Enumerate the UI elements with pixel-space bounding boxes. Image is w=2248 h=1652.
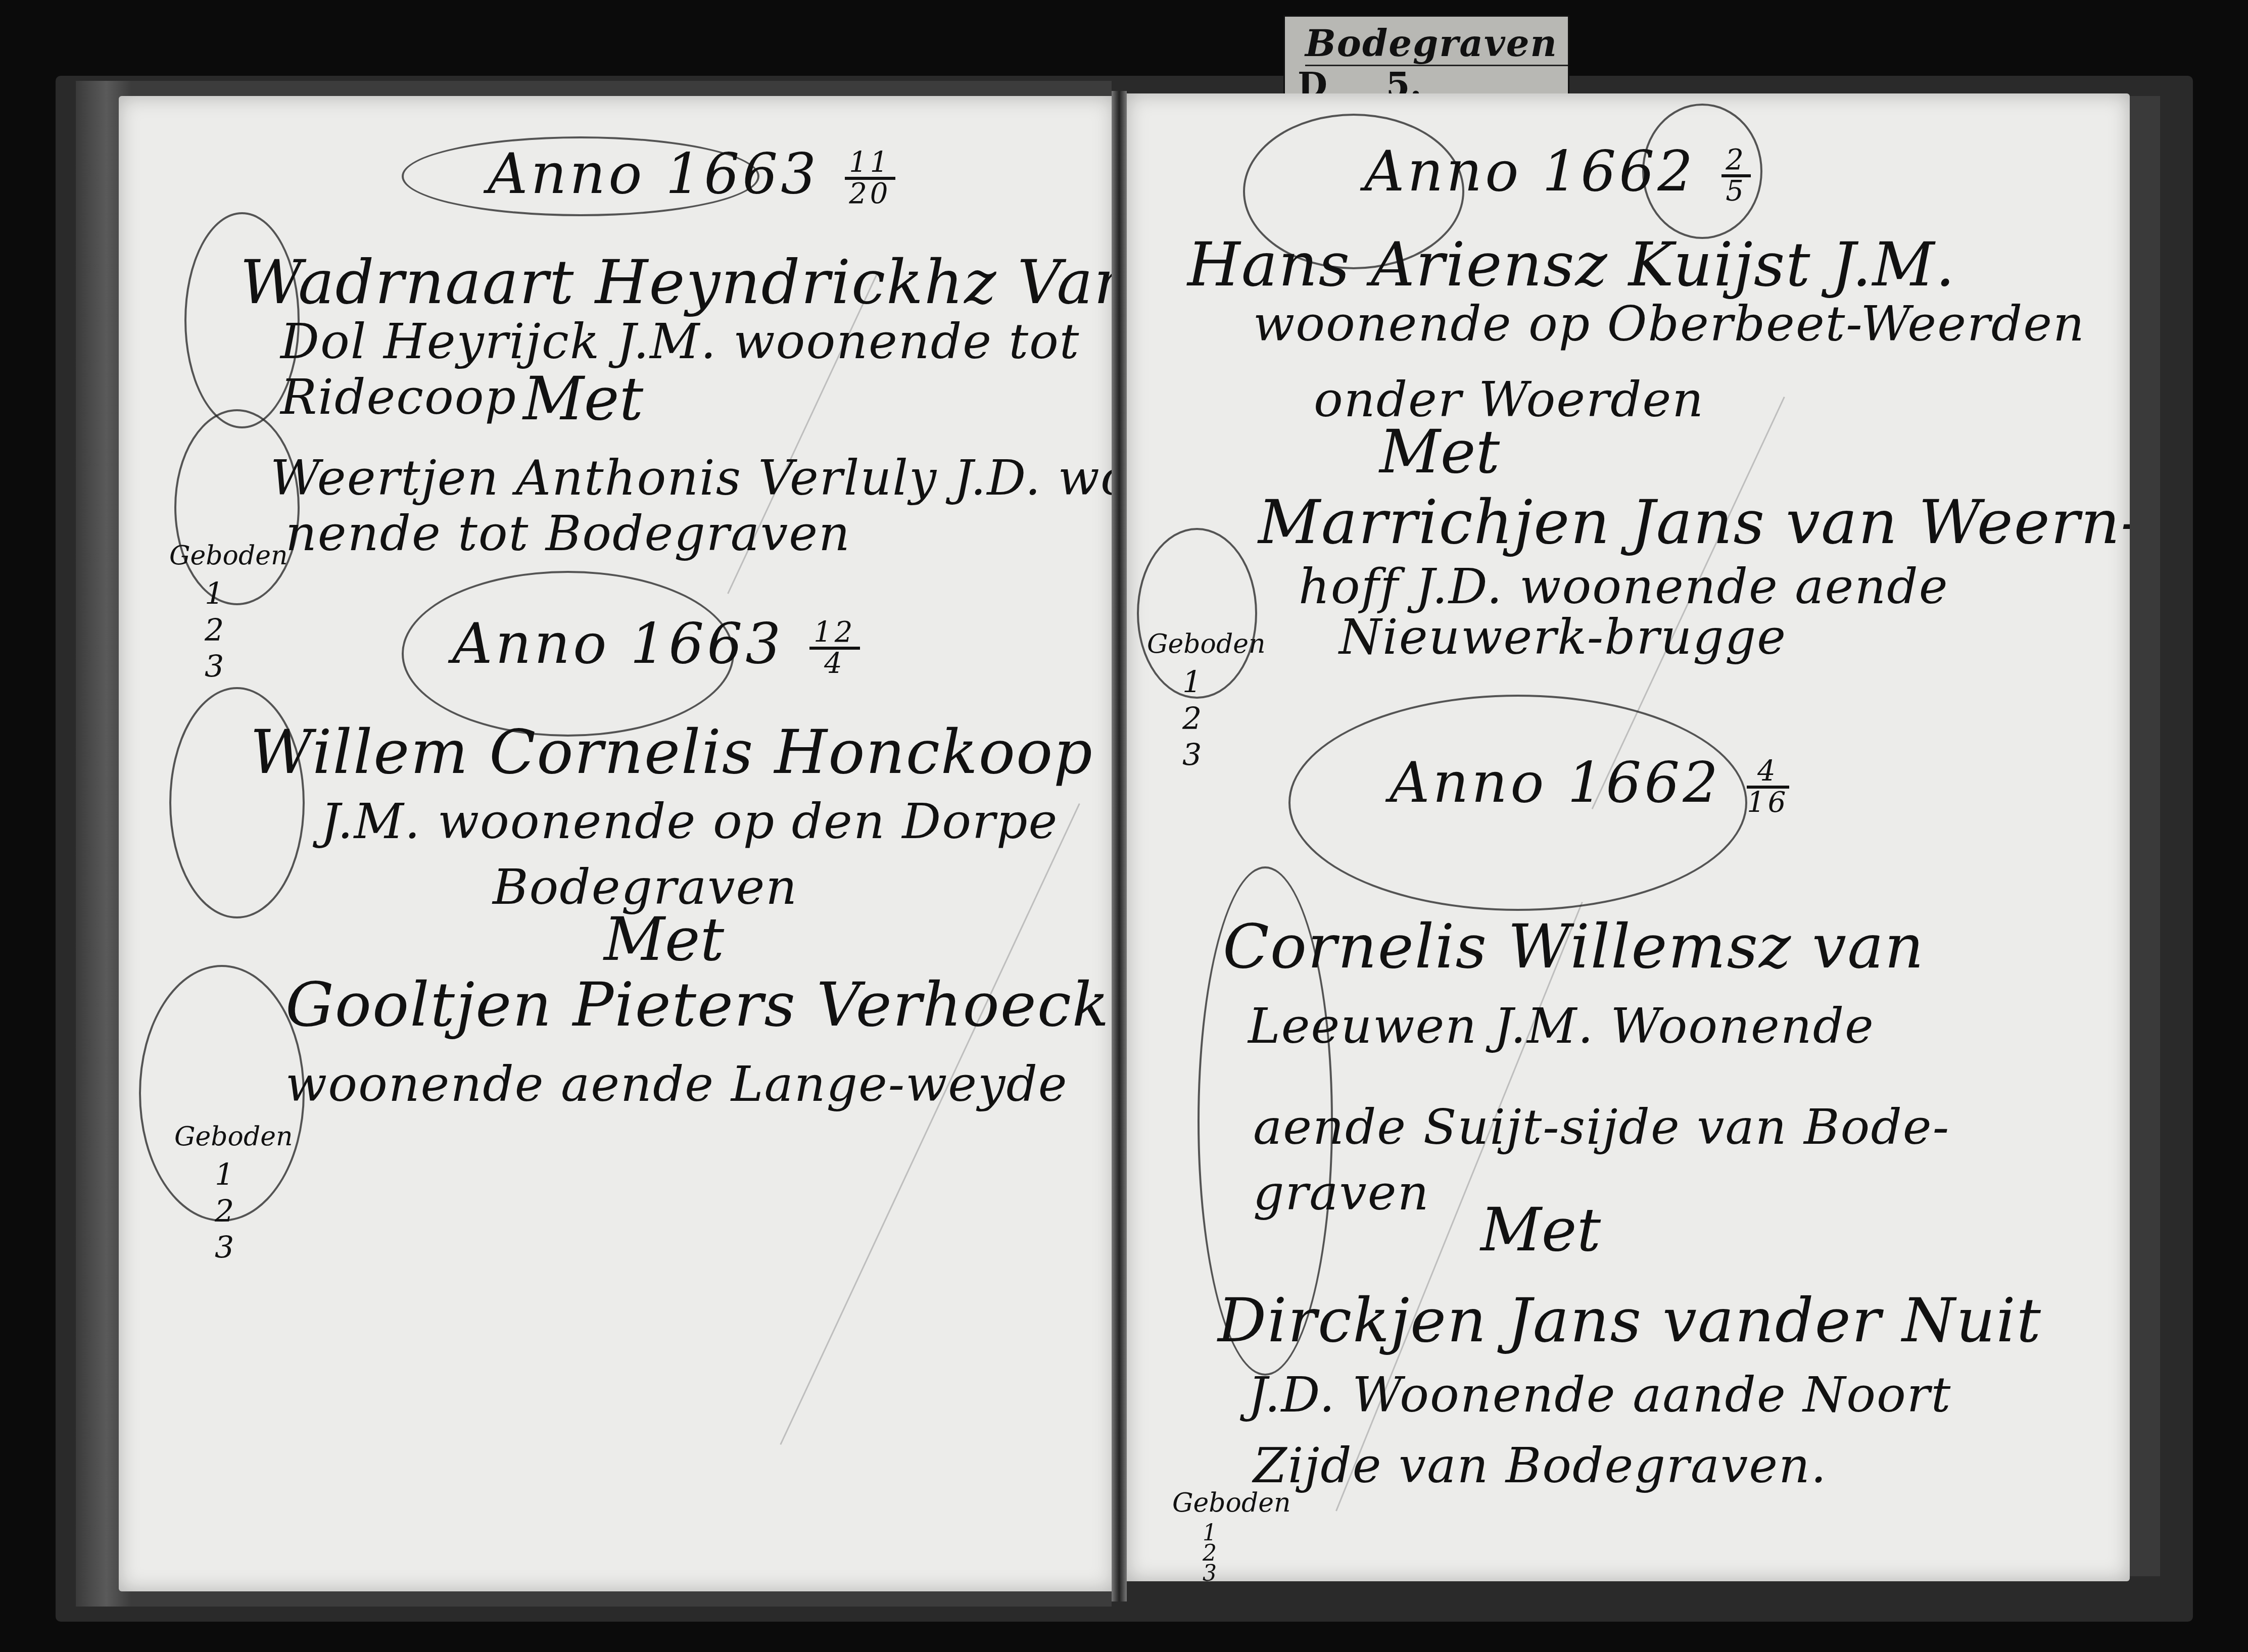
date-fraction: 4 16 (1747, 757, 1789, 817)
entry-date: Anno 1662 2 5 (1364, 139, 1751, 206)
anno-year: Anno 1663 (488, 141, 819, 206)
groom-line: Ridecoop (280, 369, 517, 425)
geboden-mark: 2 (1182, 701, 1202, 737)
date-fraction: 2 5 (1721, 146, 1751, 206)
date-month: 4 (1747, 757, 1789, 789)
bride-line: nende tot Bodegraven (285, 505, 851, 562)
entry-date: Anno 1663 11 20 (488, 141, 895, 208)
groom-line: Hans Ariensz Kuijst J.M. (1187, 230, 1956, 300)
left-page: Anno 1663 11 20 Wadrnaart Heyndrickhz Va… (119, 96, 1114, 1591)
geboden-mark: 3 (205, 649, 224, 685)
groom-line: woonende op Oberbeet-Weerden (1253, 296, 2085, 352)
entry-date: Anno 1663 12 4 (452, 611, 860, 678)
anno-year: Anno 1662 (1390, 750, 1721, 815)
page-stack-edge-right (2130, 96, 2160, 1576)
bride-line: Marrichjen Jans van Weern- (1258, 488, 2142, 558)
geboden-marks: 1 2 3 (1203, 1523, 1217, 1584)
anno-year: Anno 1663 (452, 611, 784, 676)
geboden-marks: 1 2 3 (1182, 664, 1202, 773)
date-month: 11 (845, 149, 895, 180)
date-day: 20 (845, 180, 895, 208)
groom-line: Leeuwen J.M. Woonende (1248, 998, 1875, 1054)
pencil-line (780, 803, 1080, 1445)
date-day: 4 (809, 650, 859, 678)
book-spine (1112, 91, 1127, 1601)
met-connector: Met (523, 364, 643, 433)
initial-flourish (174, 409, 300, 605)
bride-line: J.D. Woonende aande Noort (1248, 1367, 1951, 1423)
right-page: Anno 1662 2 5 Hans Ariensz Kuijst J.M. w… (1127, 93, 2130, 1581)
geboden-mark: 1 (215, 1157, 234, 1193)
geboden-mark: 1 (205, 576, 224, 612)
groom-line: Willem Cornelis Honckoop (250, 717, 1093, 788)
geboden-label: Geboden (1147, 629, 1265, 659)
date-day: 16 (1747, 789, 1789, 817)
geboden-label: Geboden (169, 541, 288, 571)
date-fraction: 12 4 (809, 618, 859, 678)
geboden-mark: 3 (215, 1230, 234, 1266)
geboden-mark: 2 (215, 1194, 234, 1229)
bride-line: hoff J.D. woonende aende (1299, 558, 1948, 615)
anno-year: Anno 1662 (1364, 139, 1696, 204)
geboden-marks: 1 2 3 (205, 576, 224, 685)
geboden-mark: 1 (1182, 665, 1202, 700)
bride-line: Zijde van Bodegraven. (1253, 1437, 1827, 1494)
groom-line: Cornelis Willemsz van (1223, 912, 1925, 982)
archive-label-place: Bodegraven (1305, 22, 1568, 66)
date-day: 5 (1721, 177, 1751, 206)
bride-line: Weertjen Anthonis Verluly J.D. woo- (270, 450, 1178, 506)
groom-line: onder Woerden (1314, 371, 1704, 428)
geboden-label: Geboden (1172, 1488, 1290, 1518)
geboden-marks: 1 2 3 (215, 1157, 234, 1266)
met-connector: Met (604, 904, 724, 974)
groom-line: graven (1253, 1164, 1429, 1221)
groom-line: J.M. woonende op den Dorpe (321, 793, 1058, 850)
bride-line: Gooltjen Pieters Verhoeck J.D. (285, 970, 1239, 1040)
bride-line: Nieuwerk-brugge (1339, 609, 1787, 665)
groom-line: Dol Heyrijck J.M. woonende tot (280, 313, 1080, 370)
date-fraction: 11 20 (845, 149, 895, 208)
groom-line: Wadrnaart Heyndrickhz Van (240, 248, 1134, 318)
date-month: 12 (809, 618, 859, 650)
met-connector: Met (1480, 1195, 1601, 1265)
geboden-mark: 3 (1182, 738, 1202, 773)
entry-date: Anno 1662 4 16 (1390, 750, 1789, 817)
groom-line: aende Suijt-sijde van Bode- (1253, 1099, 1950, 1155)
bride-line: woonende aende Lange-weyde (285, 1056, 1068, 1112)
geboden-mark: 3 (1203, 1561, 1217, 1586)
geboden-mark: 2 (205, 613, 224, 648)
met-connector: Met (1379, 417, 1500, 487)
geboden-label: Geboden (174, 1122, 293, 1152)
date-month: 2 (1721, 146, 1751, 177)
bride-line: Dirckjen Jans vander Nuit (1218, 1286, 2042, 1356)
